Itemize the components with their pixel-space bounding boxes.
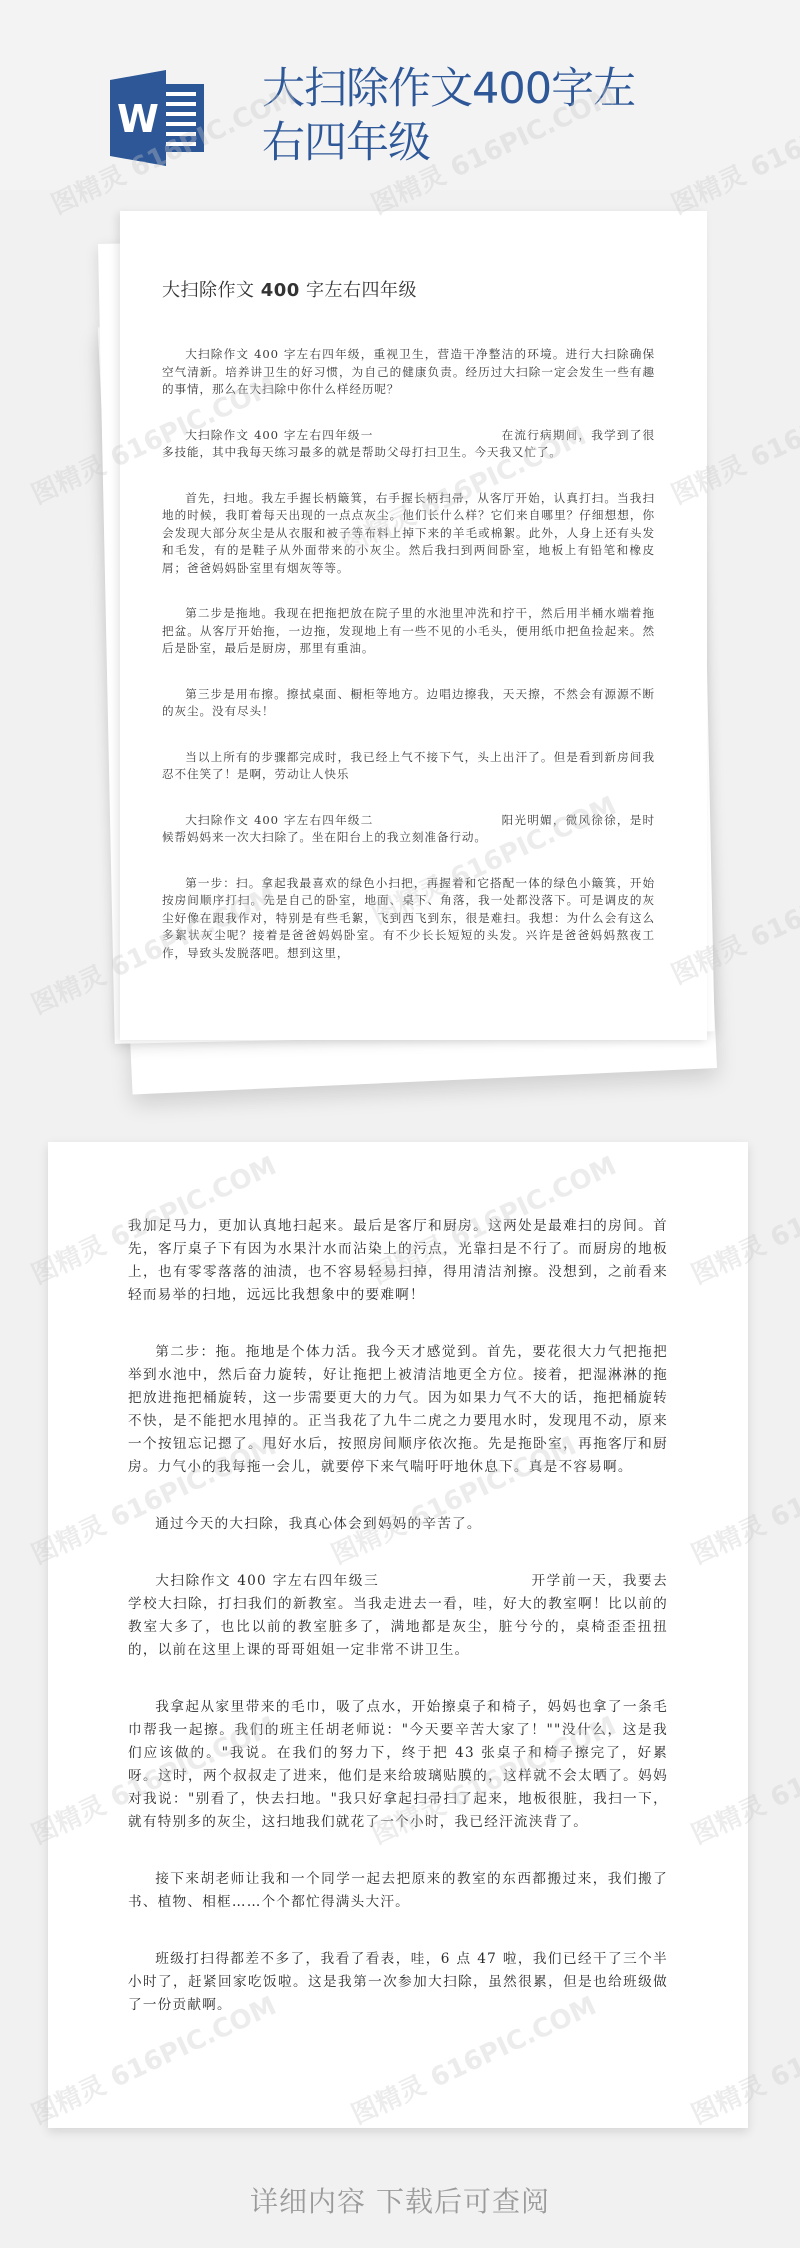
paragraph: 第二步：拖。拖地是个体力活。我今天才感觉到。首先，要花很大力气把拖把举到水池中，… [128, 1341, 668, 1479]
paragraph: 大扫除作文 400 字左右四年级二 阳光明媚，微风徐徐，是时候帮妈妈来一次大扫除… [162, 812, 655, 847]
paragraph: 第一步：扫。拿起我最喜欢的绿色小扫把，再握着和它搭配一体的绿色小簸箕，开始按房间… [162, 875, 655, 963]
document-page-1: 大扫除作文 400 字左右四年级 大扫除作文 400 字左右四年级，重视卫生，营… [120, 211, 707, 1040]
paragraph: 通过今天的大扫除，我真心体会到妈妈的辛苦了。 [128, 1513, 668, 1536]
paragraph: 接下来胡老师让我和一个同学一起去把原来的教室的东西都搬过来，我们搬了书、植物、相… [128, 1868, 668, 1914]
paragraph: 大扫除作文 400 字左右四年级三 开学前一天，我要去学校大扫除，打扫我们的新教… [128, 1570, 668, 1662]
page-2-body: 我加足马力，更加认真地扫起来。最后是客厅和厨房。这两处是最难扫的房间。首先，客厅… [128, 1215, 668, 2051]
paragraph: 大扫除作文 400 字左右四年级一 在流行病期间，我学到了很多技能，其中我每天练… [162, 427, 655, 462]
page-1-heading: 大扫除作文 400 字左右四年级 [162, 276, 417, 302]
paragraph: 首先，扫地。我左手握长柄簸箕，右手握长柄扫帚，从客厅开始，认真打扫。当我扫地的时… [162, 490, 655, 578]
paragraph: 班级打扫得都差不多了，我看了看表，哇，6 点 47 啦，我们已经干了三个半小时了… [128, 1948, 668, 2017]
page-1-body: 大扫除作文 400 字左右四年级，重视卫生，营造干净整洁的环境。进行大扫除确保空… [162, 346, 655, 990]
document-title: 大扫除作文400字左右四年级 [262, 62, 662, 170]
download-to-view-prompt[interactable]: 详细内容 下载后可查阅 [0, 2180, 800, 2220]
document-header: W 大扫除作文400字左右四年级 [0, 0, 800, 190]
word-document-icon: W [110, 70, 210, 166]
paragraph: 大扫除作文 400 字左右四年级，重视卫生，营造干净整洁的环境。进行大扫除确保空… [162, 346, 655, 399]
paragraph: 我拿起从家里带来的毛巾，吸了点水，开始擦桌子和椅子，妈妈也拿了一条毛巾帮我一起擦… [128, 1696, 668, 1834]
paragraph: 我加足马力，更加认真地扫起来。最后是客厅和厨房。这两处是最难扫的房间。首先，客厅… [128, 1215, 668, 1307]
document-page-2: 我加足马力，更加认真地扫起来。最后是客厅和厨房。这两处是最难扫的房间。首先，客厅… [48, 1142, 748, 2128]
paragraph: 当以上所有的步骤都完成时，我已经上气不接下气，头上出汗了。但是看到新房间我忍不住… [162, 749, 655, 784]
svg-text:W: W [117, 97, 159, 141]
paragraph: 第二步是拖地。我现在把拖把放在院子里的水池里冲洗和拧干，然后用半桶水端着拖把盆。… [162, 605, 655, 658]
paragraph: 第三步是用布擦。擦拭桌面、橱柜等地方。边唱边擦我，天天擦，不然会有源源不断的灰尘… [162, 686, 655, 721]
